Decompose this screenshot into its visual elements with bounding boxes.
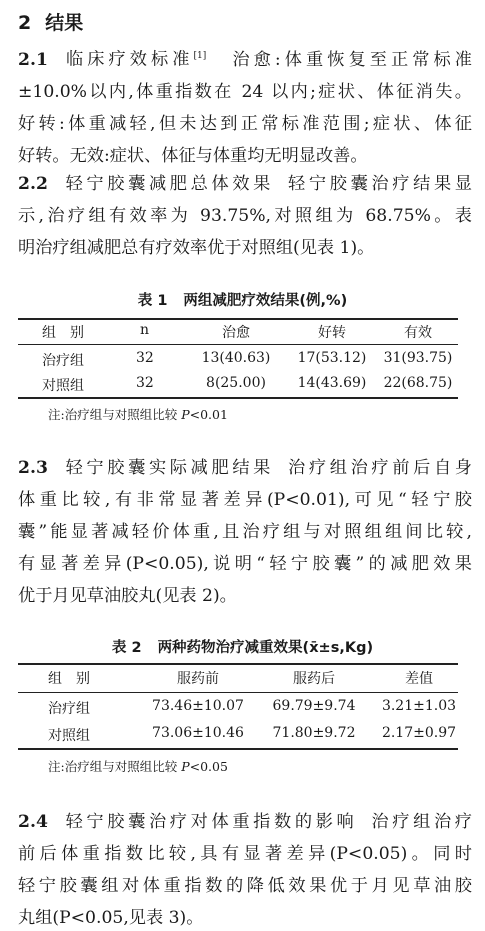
- paragraph-line: 好转。无效:症状、体征与体重均无明显改善。: [18, 140, 472, 172]
- table-1-note: 注:治疗组与对照组比较 P<0.01: [48, 405, 228, 423]
- table-row: 对照组 73.06±10.46 71.80±9.72 2.17±0.97: [18, 725, 458, 749]
- table-cell: 69.79±9.74: [254, 698, 374, 714]
- column-header: 好转: [292, 322, 372, 342]
- p-value: <0.01: [190, 407, 228, 422]
- table-cell: 对照组: [48, 725, 90, 745]
- table-cell: 17(53.12): [282, 350, 382, 366]
- table-cell: 8(25.00): [186, 375, 286, 391]
- table-2-note: 注:治疗组与对照组比较 P<0.05: [48, 757, 228, 775]
- p-symbol: P: [181, 407, 189, 422]
- subsection-title: 轻宁胶囊减肥总体效果: [62, 174, 274, 194]
- paragraph-text: 治疗组治疗: [371, 812, 472, 832]
- table-label: 表 1: [138, 293, 168, 309]
- paragraph-line: 囊”能显著减轻价体重,且治疗组与对照组组间比较,: [18, 516, 472, 548]
- table-cell: 73.06±10.46: [128, 725, 268, 741]
- table-1-header-rule: [18, 344, 458, 345]
- note-text: 注:治疗组与对照组比较: [48, 759, 181, 774]
- paragraph-line: 前后体重指数比较,具有显著差异(P<0.05)。同时: [18, 838, 472, 870]
- subsection-number: 2.4: [18, 812, 48, 832]
- table-2-header-row: 组 别 服药前 服药后 差值: [18, 668, 458, 692]
- table-2-bottom-rule: [18, 748, 458, 750]
- column-header: 组 别: [48, 668, 90, 688]
- paragraph-2-3: 2.3轻宁胶囊实际减肥结果治疗组治疗前后自身 体重比较,有非常显著差异(P<0.…: [18, 452, 472, 612]
- table-title: 两组减肥疗效结果(例,%): [183, 293, 347, 309]
- paragraph-line: ±10.0%以内,体重指数在 24 以内;症状、体征消失。: [18, 76, 472, 108]
- table-1-caption: 表 1两组减肥疗效结果(例,%): [0, 289, 485, 310]
- column-header: 服药后: [254, 668, 374, 688]
- paragraph-text: 治疗组治疗前后自身: [288, 458, 472, 478]
- paragraph-2-1: 2.1临床疗效标准[1]治愈:体重恢复至正常标准 ±10.0%以内,体重指数在 …: [18, 40, 472, 172]
- table-cell: 71.80±9.72: [254, 725, 374, 741]
- paragraph-text: 轻宁胶囊治疗结果显: [288, 174, 472, 194]
- paragraph-line: 丸组(P<0.05,见表 3)。: [18, 902, 472, 931]
- table-cell: 2.17±0.97: [364, 725, 474, 741]
- table-row: 治疗组 32 13(40.63) 17(53.12) 31(93.75): [18, 350, 458, 374]
- subsection-number: 2.2: [18, 174, 48, 194]
- table-1-top-rule: [18, 318, 458, 320]
- paragraph-line: 2.1临床疗效标准[1]治愈:体重恢复至正常标准: [18, 40, 472, 76]
- column-header: 治愈: [196, 322, 276, 342]
- column-header: 组 别: [42, 322, 84, 342]
- citation-ref: [1]: [194, 51, 207, 61]
- paragraph-line: 2.3轻宁胶囊实际减肥结果治疗组治疗前后自身: [18, 452, 472, 484]
- table-1-bottom-rule: [18, 397, 458, 399]
- section-number: 2: [18, 12, 31, 34]
- column-header: 差值: [364, 668, 474, 688]
- paragraph-text: 治愈:体重恢复至正常标准: [228, 50, 472, 70]
- paragraph-line: 优于月见草油胶丸(见表 2)。: [18, 580, 472, 612]
- subsection-title: 轻宁胶囊治疗对体重指数的影响: [62, 812, 358, 832]
- table-cell: 3.21±1.03: [364, 698, 474, 714]
- table-row: 对照组 32 8(25.00) 14(43.69) 22(68.75): [18, 375, 458, 399]
- table-row: 治疗组 73.46±10.07 69.79±9.74 3.21±1.03: [18, 698, 458, 722]
- table-2-top-rule: [18, 663, 458, 665]
- table-2-caption: 表 2两种药物治疗减重效果(x̄±s,Kg): [0, 636, 485, 657]
- section-heading: 2结果: [18, 8, 83, 35]
- column-header: 服药前: [128, 668, 268, 688]
- paragraph-line: 2.2轻宁胶囊减肥总体效果轻宁胶囊治疗结果显: [18, 168, 472, 200]
- subsection-title: 临床疗效标准: [62, 50, 194, 70]
- subsection-title: 轻宁胶囊实际减肥结果: [62, 458, 274, 478]
- paragraph-line: 明治疗组减肥总有疗效率优于对照组(见表 1)。: [18, 232, 472, 264]
- note-text: 注:治疗组与对照组比较: [48, 407, 181, 422]
- table-cell: 治疗组: [42, 350, 84, 370]
- table-cell: 32: [136, 375, 154, 391]
- table-2-header-rule: [18, 692, 458, 693]
- table-label: 表 2: [112, 640, 142, 656]
- p-value: <0.05: [190, 759, 228, 774]
- paragraph-2-2: 2.2轻宁胶囊减肥总体效果轻宁胶囊治疗结果显 示,治疗组有效率为 93.75%,…: [18, 168, 472, 264]
- paragraph-2-4: 2.4轻宁胶囊治疗对体重指数的影响治疗组治疗 前后体重指数比较,具有显著差异(P…: [18, 806, 472, 931]
- p-symbol: P: [181, 759, 189, 774]
- paragraph-line: 轻宁胶囊组对体重指数的降低效果优于月见草油胶: [18, 870, 472, 902]
- section-title: 结果: [45, 12, 83, 34]
- paragraph-line: 有显著差异(P<0.05),说明“轻宁胶囊”的减肥效果: [18, 548, 472, 580]
- column-header: n: [140, 322, 149, 338]
- column-header: 有效: [378, 322, 458, 342]
- table-title: 两种药物治疗减重效果(x̄±s,Kg): [158, 640, 374, 656]
- paragraph-line: 2.4轻宁胶囊治疗对体重指数的影响治疗组治疗: [18, 806, 472, 838]
- table-cell: 32: [136, 350, 154, 366]
- table-cell: 治疗组: [48, 698, 90, 718]
- table-cell: 31(93.75): [368, 350, 468, 366]
- table-1-header-row: 组 别 n 治愈 好转 有效: [18, 322, 458, 346]
- table-cell: 73.46±10.07: [128, 698, 268, 714]
- subsection-number: 2.1: [18, 50, 48, 70]
- table-cell: 对照组: [42, 375, 84, 395]
- paragraph-line: 体重比较,有非常显著差异(P<0.01),可见“轻宁胶: [18, 484, 472, 516]
- table-cell: 22(68.75): [368, 375, 468, 391]
- subsection-number: 2.3: [18, 458, 48, 478]
- paragraph-line: 好转:体重减轻,但未达到正常标准范围;症状、体征: [18, 108, 472, 140]
- paragraph-line: 示,治疗组有效率为 93.75%,对照组为 68.75%。表: [18, 200, 472, 232]
- table-cell: 13(40.63): [186, 350, 286, 366]
- table-cell: 14(43.69): [282, 375, 382, 391]
